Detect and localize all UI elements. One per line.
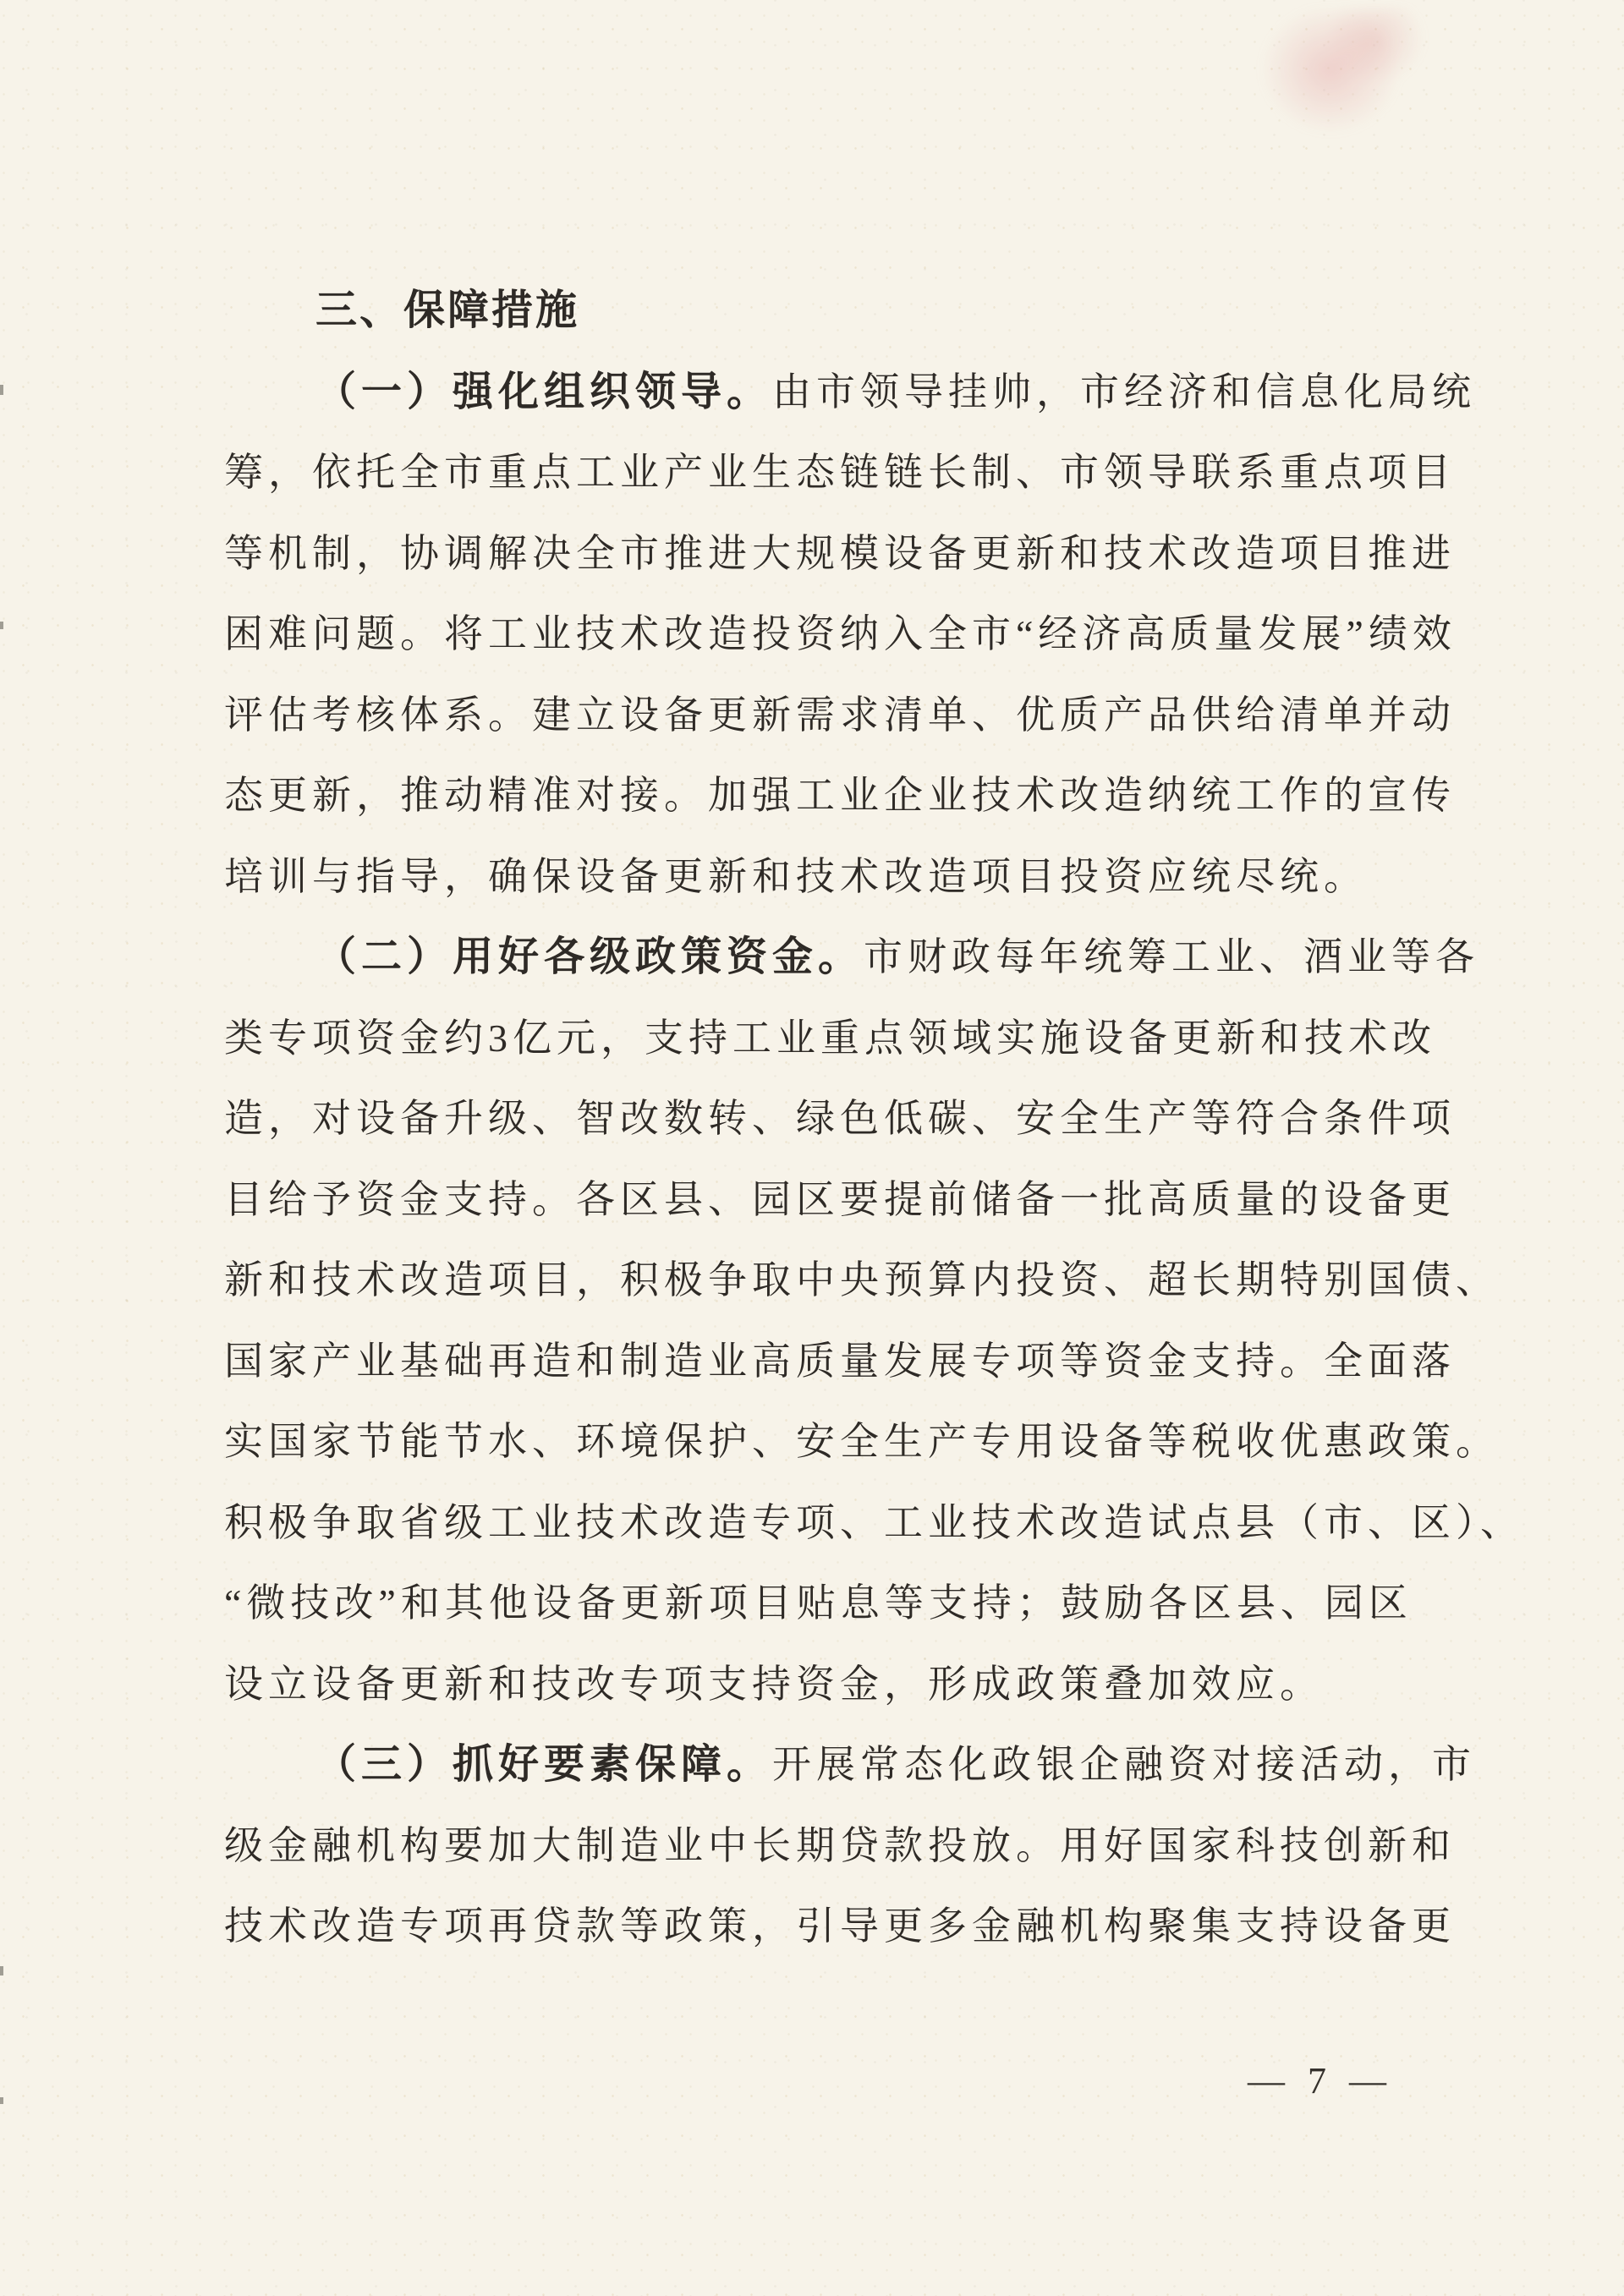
line-text: “微技改”和其他设备更新项目贴息等支持；鼓励各区县、园区 [224, 1581, 1413, 1625]
page-number: — 7 — [1248, 2059, 1393, 2102]
line-text: 评估考核体系。建立设备更新需求清单、优质产品供给清单并动 [224, 693, 1456, 737]
line-text: 设立设备更新和技改专项支持资金，形成政策叠加效应。 [224, 1663, 1324, 1706]
line-text: 开展常态化政银企融资对接活动，市 [772, 1743, 1476, 1786]
text-line: 筹，依托全市重点工业产业生态链链长制、市领导联系重点项目 [224, 432, 1531, 513]
line-text: 国家产业基础再造和制造业高质量发展专项等资金支持。全面落 [224, 1340, 1456, 1383]
scan-edge-artifact [0, 1966, 3, 1975]
text-line: 态更新，推动精准对接。加强工业企业技术改造纳统工作的宣传 [224, 755, 1531, 836]
paragraph-lead: （一）强化组织领导。 [315, 370, 772, 414]
text-line: 造，对设备升级、智改数转、绿色低碳、安全生产等符合条件项 [224, 1078, 1531, 1159]
line-text: 新和技术改造项目，积极争取中央预算内投资、超长期特别国债、 [224, 1258, 1500, 1301]
text-line: 国家产业基础再造和制造业高质量发展专项等资金支持。全面落 [224, 1321, 1531, 1402]
line-text: 筹，依托全市重点工业产业生态链链长制、市领导联系重点项目 [224, 451, 1456, 494]
line-text: 类专项资金约3亿元，支持工业重点领域实施设备更新和技术改 [224, 1016, 1436, 1060]
text-line: 技术改造专项再贷款等政策，引导更多金融机构聚集支持设备更 [224, 1886, 1531, 1967]
line-text: 目给予资金支持。各区县、园区要提前储备一批高质量的设备更 [224, 1178, 1456, 1221]
text-line: 实国家节能节水、环境保护、安全生产专用设备等税收优惠政策。 [224, 1401, 1531, 1482]
text-line: 培训与指导，确保设备更新和技术改造项目投资应统尽统。 [224, 836, 1531, 918]
text-line: 困难问题。将工业技术改造投资纳入全市“经济高质量发展”绩效 [224, 594, 1531, 675]
line-text: 培训与指导，确保设备更新和技术改造项目投资应统尽统。 [224, 855, 1368, 898]
document-body: 三、保障措施 （一）强化组织领导。由市领导挂帅，市经济和信息化局统 筹，依托全市… [224, 271, 1531, 1967]
line-text: 困难问题。将工业技术改造投资纳入全市“经济高质量发展”绩效 [224, 612, 1457, 655]
scan-edge-artifact [0, 622, 3, 629]
scanned-document-page: 三、保障措施 （一）强化组织领导。由市领导挂帅，市经济和信息化局统 筹，依托全市… [0, 0, 1624, 2296]
scan-smudge-artifact [1210, 8, 1429, 161]
scan-edge-artifact [0, 385, 3, 395]
section-heading: 三、保障措施 [224, 271, 1531, 352]
text-line: 级金融机构要加大制造业中长期贷款投放。用好国家科技创新和 [224, 1806, 1531, 1887]
text-line: 积极争取省级工业技术改造专项、工业技术改造试点县（市、区）、 [224, 1482, 1531, 1564]
text-line: 新和技术改造项目，积极争取中央预算内投资、超长期特别国债、 [224, 1240, 1531, 1321]
text-line: （二）用好各级政策资金。市财政每年统筹工业、酒业等各 [224, 917, 1531, 998]
scan-edge-artifact [0, 2097, 3, 2104]
line-text: 级金融机构要加大制造业中长期贷款投放。用好国家科技创新和 [224, 1824, 1456, 1867]
text-line: “微技改”和其他设备更新项目贴息等支持；鼓励各区县、园区 [224, 1563, 1531, 1644]
line-text: 实国家节能节水、环境保护、安全生产专用设备等税收优惠政策。 [224, 1420, 1500, 1463]
line-text: 造，对设备升级、智改数转、绿色低碳、安全生产等符合条件项 [224, 1097, 1456, 1140]
paragraph-lead: （三）抓好要素保障。 [315, 1742, 772, 1787]
line-text: 态更新，推动精准对接。加强工业企业技术改造纳统工作的宣传 [224, 774, 1456, 817]
text-line: 评估考核体系。建立设备更新需求清单、优质产品供给清单并动 [224, 675, 1531, 756]
text-line: （一）强化组织领导。由市领导挂帅，市经济和信息化局统 [224, 352, 1531, 433]
text-line: 目给予资金支持。各区县、园区要提前储备一批高质量的设备更 [224, 1159, 1531, 1241]
text-line: 等机制，协调解决全市推进大规模设备更新和技术改造项目推进 [224, 513, 1531, 595]
text-line: （三）抓好要素保障。开展常态化政银企融资对接活动，市 [224, 1724, 1531, 1806]
line-text: 由市领导挂帅，市经济和信息化局统 [772, 370, 1476, 414]
text-line: 设立设备更新和技改专项支持资金，形成政策叠加效应。 [224, 1644, 1531, 1725]
paragraph-lead: （二）用好各级政策资金。 [315, 934, 864, 979]
line-text: 技术改造专项再贷款等政策，引导更多金融机构聚集支持设备更 [224, 1904, 1456, 1948]
line-text: 等机制，协调解决全市推进大规模设备更新和技术改造项目推进 [224, 532, 1456, 575]
text-line: 类专项资金约3亿元，支持工业重点领域实施设备更新和技术改 [224, 998, 1531, 1079]
line-text: 市财政每年统筹工业、酒业等各 [864, 935, 1479, 978]
line-text: 积极争取省级工业技术改造专项、工业技术改造试点县（市、区）、 [224, 1501, 1524, 1544]
